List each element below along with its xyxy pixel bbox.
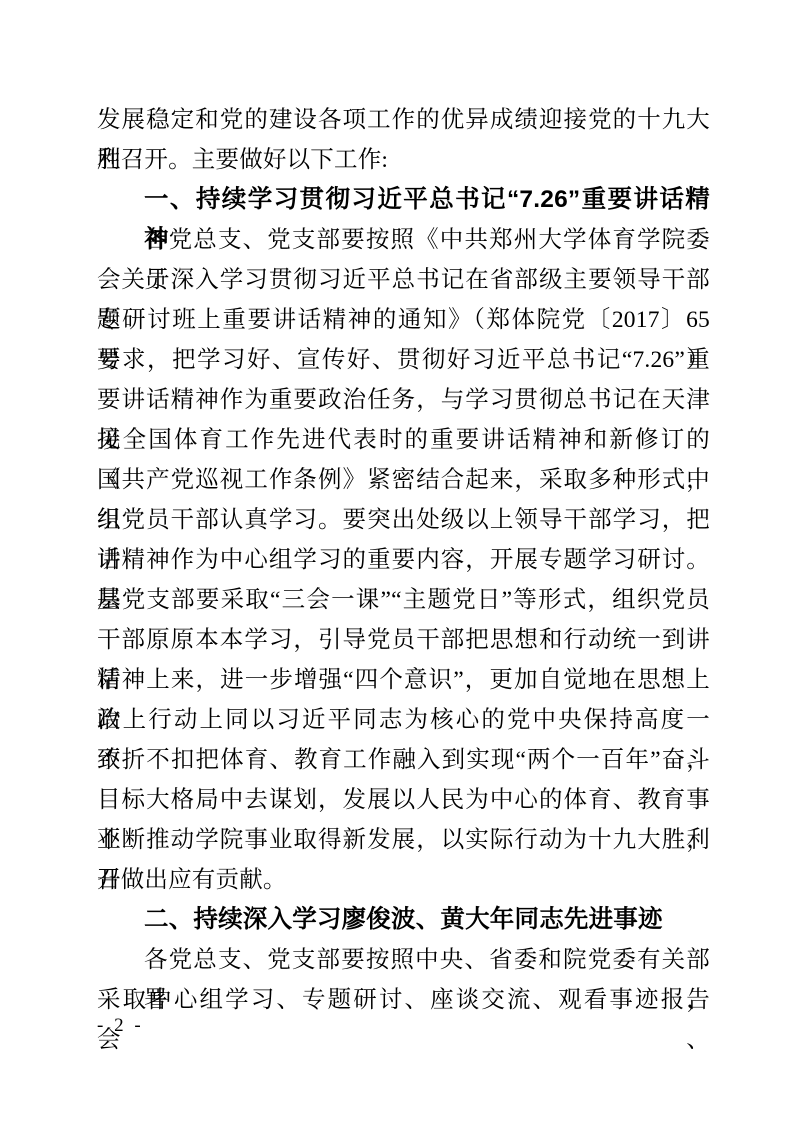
section-heading-2: 二、持续深入学习廖俊波、黄大年同志先进事迹 (97, 900, 710, 940)
body-line: 话精神作为中心组学习的重要内容，开展专题学习研讨。基 (97, 540, 710, 580)
body-line: 要求，把学习好、宣传好、贯彻好习近平总书记“7.26”重 (97, 340, 710, 380)
body-line: 干部原原本本学习，引导党员干部把思想和行动统一到讲话 (97, 620, 710, 660)
body-line: 见全国体育工作先进代表时的重要讲话精神和新修订的《中 (97, 420, 710, 460)
body-line: 要讲话精神作为重要政治任务，与学习贯彻总书记在天津接 (97, 380, 710, 420)
paragraph-first-line: 各党总支、党支部要按照《中共郑州大学体育学院委员 (97, 220, 710, 260)
section-heading-1: 一、持续学习贯彻习近平总书记“7.26”重要讲话精神 (97, 180, 710, 220)
paragraph-end-line: 开做出应有贡献。 (97, 860, 710, 900)
body-line: 层党支部要采取“三会一课”“主题党日”等形式，组织党员 (97, 580, 710, 620)
body-line: 精神上来，进一步增强“四个意识”，更加自觉地在思想上政 (97, 660, 710, 700)
body-line: 发展稳定和党的建设各项工作的优异成绩迎接党的十九大胜 (97, 100, 710, 140)
body-line: 采取中心组学习、专题研讨、座谈交流、观看事迹报告会、 (97, 980, 710, 1020)
paragraph-first-line: 各党总支、党支部要按照中央、省委和院党委有关部署， (97, 940, 710, 980)
body-line: 不折不扣把体育、教育工作融入到实现“两个一百年”奋斗 (97, 740, 710, 780)
body-line: 治上行动上同以习近平同志为核心的党中央保持高度一致， (97, 700, 710, 740)
document-body: 发展稳定和党的建设各项工作的优异成绩迎接党的十九大胜 利召开。主要做好以下工作:… (97, 100, 710, 1020)
body-line: 国共产党巡视工作条例》紧密结合起来，采取多种形式，组 (97, 460, 710, 500)
paragraph-end-line: 利召开。主要做好以下工作: (97, 140, 710, 180)
body-line: 会关于深入学习贯彻习近平总书记在省部级主要领导干部专 (97, 260, 710, 300)
body-line: 织党员干部认真学习。要突出处级以上领导干部学习，把讲 (97, 500, 710, 540)
body-line: 目标大格局中去谋划，发展以人民为中心的体育、教育事业， (97, 780, 710, 820)
body-line: 不断推动学院事业取得新发展，以实际行动为十九大胜利召 (97, 820, 710, 860)
page-number: - 2 - (97, 1012, 144, 1040)
document-page: 发展稳定和党的建设各项工作的优异成绩迎接党的十九大胜 利召开。主要做好以下工作:… (0, 0, 793, 1122)
body-line: 题研讨班上重要讲话精神的通知》（郑体院党〔2017〕65 号） (97, 300, 710, 340)
